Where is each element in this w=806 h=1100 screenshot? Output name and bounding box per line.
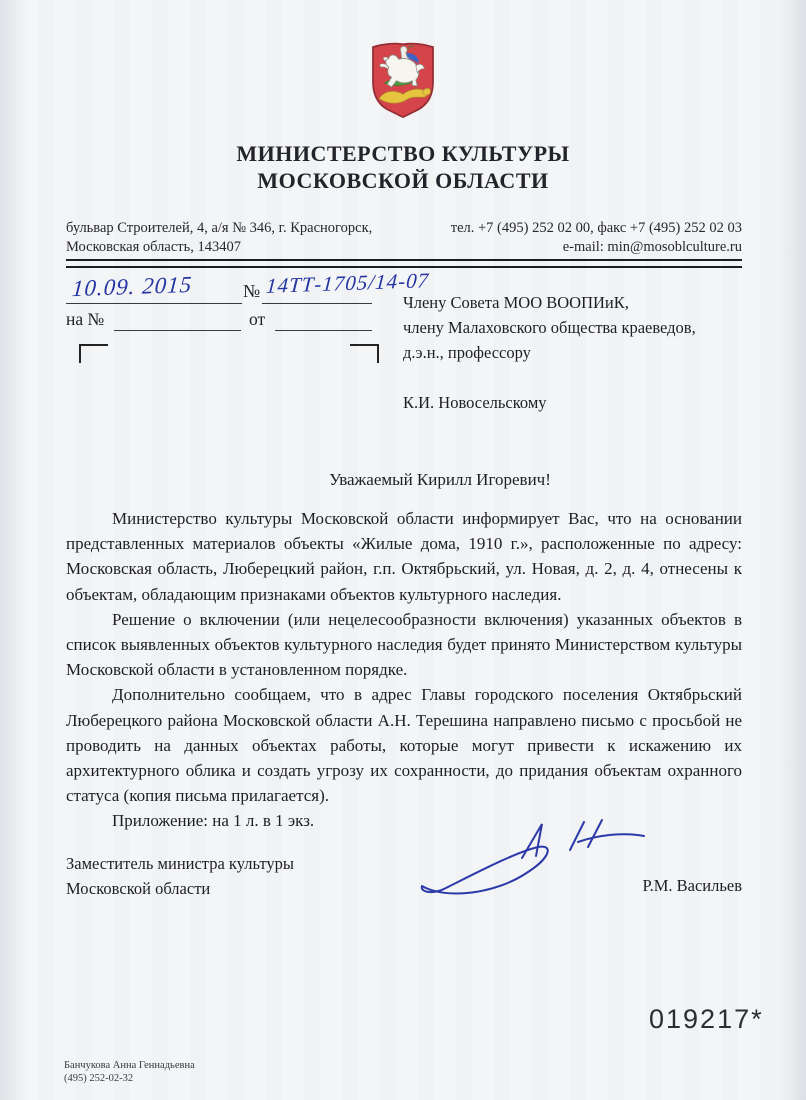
handwritten-date: 10.09. 2015 (71, 272, 193, 302)
number-underline (262, 303, 372, 304)
recipient-line3: д.э.н., профессору (403, 340, 775, 365)
org-title: МИНИСТЕРСТВО КУЛЬТУРЫ МОСКОВСКОЙ ОБЛАСТИ (0, 140, 806, 194)
email-line: e-mail: min@mosoblculture.ru (451, 238, 742, 257)
postal-address: бульвар Строителей, 4, а/я № 346, г. Кра… (66, 219, 372, 257)
letter-body: Министерство культуры Московской области… (66, 506, 742, 834)
executor-name: Банчукова Анна Геннадьевна (64, 1059, 195, 1072)
phone-email: тел. +7 (495) 252 02 00, факс +7 (495) 2… (451, 219, 742, 257)
executor-contact: Банчукова Анна Геннадьевна (495) 252-02-… (64, 1059, 195, 1085)
recipient-line1: Члену Совета МОО ВООПИиК, (403, 290, 775, 315)
signer-position-line1: Заместитель министра культуры (66, 851, 294, 876)
letterhead-divider (66, 259, 742, 268)
address-line1: бульвар Строителей, 4, а/я № 346, г. Кра… (66, 219, 372, 238)
phone-line: тел. +7 (495) 252 02 00, факс +7 (495) 2… (451, 219, 742, 238)
signer-name: Р.М. Васильев (642, 876, 742, 896)
paragraph-2: Решение о включении (или нецелесообразно… (66, 607, 742, 683)
handwritten-signature (418, 812, 654, 912)
reply-to-label: на № (66, 309, 104, 330)
address-zone-corner-left (79, 344, 108, 363)
coat-of-arms-icon (362, 40, 444, 120)
signer-position: Заместитель министра культуры Московской… (66, 851, 294, 901)
recipient-block: Члену Совета МОО ВООПИиК, члену Малаховс… (403, 290, 775, 415)
registration-stamp-number: 019217* (649, 1004, 764, 1035)
letterhead-contacts: бульвар Строителей, 4, а/я № 346, г. Кра… (66, 219, 742, 257)
recipient-line2: члену Малаховского общества краеведов, (403, 315, 775, 340)
recipient-name: К.И. Новосельскому (403, 390, 775, 415)
paragraph-3: Дополнительно сообщаем, что в адрес Глав… (66, 682, 742, 808)
address-line2: Московская область, 143407 (66, 238, 372, 257)
reply-from-label: от (249, 309, 265, 330)
number-sign-label: № (243, 281, 260, 302)
address-zone-corner-right (350, 344, 379, 363)
paragraph-1: Министерство культуры Московской области… (66, 506, 742, 607)
org-title-line1: МИНИСТЕРСТВО КУЛЬТУРЫ (0, 140, 806, 167)
date-underline (66, 303, 242, 304)
reply-date-underline (275, 330, 372, 331)
signer-position-line2: Московской области (66, 876, 294, 901)
executor-phone: (495) 252-02-32 (64, 1072, 195, 1085)
org-title-line2: МОСКОВСКОЙ ОБЛАСТИ (0, 167, 806, 194)
salutation: Уважаемый Кирилл Игоревич! (66, 470, 742, 490)
scanned-letter-page: МИНИСТЕРСТВО КУЛЬТУРЫ МОСКОВСКОЙ ОБЛАСТИ… (0, 0, 806, 1100)
reply-number-underline (114, 330, 241, 331)
